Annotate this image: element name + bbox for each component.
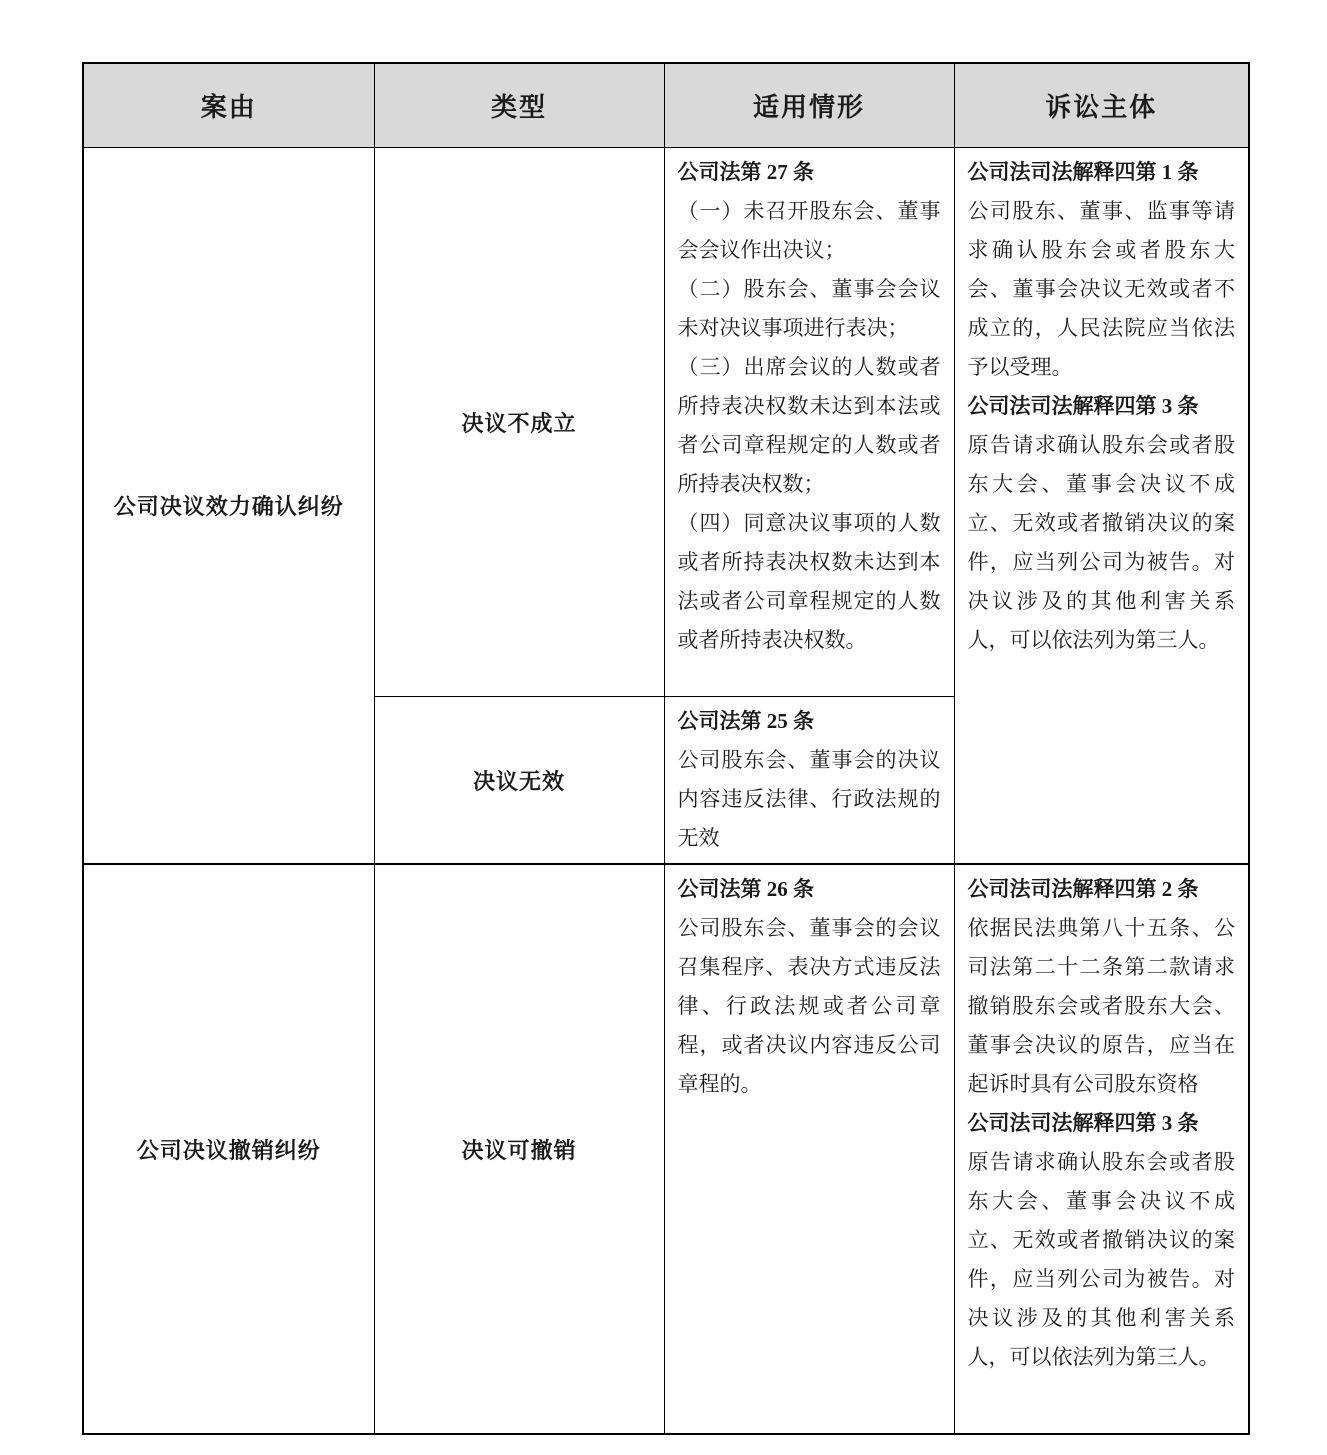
cell-cause-revocation-dispute: 公司决议撤销纠纷 [83, 864, 374, 1434]
statute-body: 公司股东会、董事会的会议召集程序、表决方式违反法律、行政法规或者公司章程，或者决… [678, 909, 941, 1104]
statute-heading: 公司法司法解释四第 1 条 [968, 153, 1236, 192]
table-row: 公司决议撤销纠纷 决议可撤销 公司法第 26 条 公司股东会、董事会的会议召集程… [83, 864, 1249, 1434]
cell-subject-judicial-interpretation-2-3: 公司法司法解释四第 2 条 依据民法典第八十五条、公司法第二十二条第二款请求撤销… [954, 864, 1249, 1434]
cell-type-resolution-invalid: 决议无效 [374, 697, 664, 865]
header-row: 案由 类型 适用情形 诉讼主体 [83, 63, 1249, 148]
header-cell-applicable-situation: 适用情形 [664, 63, 954, 148]
legal-reference-table: 案由 类型 适用情形 诉讼主体 公司决议效力确认纠纷 决议不成立 公司法第 27… [82, 62, 1250, 1435]
statute-body: 公司股东、董事、监事等请求确认股东会或者股东大会、董事会决议无效或者不成立的，人… [968, 192, 1236, 387]
cell-situation-company-law-article-25: 公司法第 25 条 公司股东会、董事会的决议内容违反法律、行政法规的无效 [664, 697, 954, 865]
table-row: 公司决议效力确认纠纷 决议不成立 公司法第 27 条 （一）未召开股东会、董事会… [83, 148, 1249, 697]
statute-body: 原告请求确认股东会或者股东大会、董事会决议不成立、无效或者撤销决议的案件，应当列… [968, 1143, 1236, 1377]
statute-body: 公司股东会、董事会的决议内容违反法律、行政法规的无效 [678, 741, 941, 858]
document-page: 案由 类型 适用情形 诉讼主体 公司决议效力确认纠纷 决议不成立 公司法第 27… [0, 0, 1327, 1455]
statute-heading: 公司法第 27 条 [678, 153, 941, 192]
statute-heading: 公司法司法解释四第 2 条 [968, 870, 1236, 909]
statute-body: 依据民法典第八十五条、公司法第二十二条第二款请求撤销股东会或者股东大会、董事会决… [968, 909, 1236, 1104]
header-cell-cause-of-action: 案由 [83, 63, 374, 148]
cell-subject-judicial-interpretation-1-3: 公司法司法解释四第 1 条 公司股东、董事、监事等请求确认股东会或者股东大会、董… [954, 148, 1249, 865]
statute-heading: 公司法司法解释四第 3 条 [968, 1104, 1236, 1143]
statute-body: （一）未召开股东会、董事会会议作出决议； [678, 192, 941, 270]
statute-body: （四）同意决议事项的人数或者所持表决权数未达到本法或者公司章程规定的人数或者所持… [678, 504, 941, 660]
statute-body: （二）股东会、董事会会议未对决议事项进行表决； [678, 270, 941, 348]
cell-situation-company-law-article-26: 公司法第 26 条 公司股东会、董事会的会议召集程序、表决方式违反法律、行政法规… [664, 864, 954, 1434]
statute-body: 原告请求确认股东会或者股东大会、董事会决议不成立、无效或者撤销决议的案件，应当列… [968, 426, 1236, 660]
cell-type-resolution-revocable: 决议可撤销 [374, 864, 664, 1434]
header-cell-litigation-subject: 诉讼主体 [954, 63, 1249, 148]
cell-type-resolution-not-formed: 决议不成立 [374, 148, 664, 697]
header-cell-type: 类型 [374, 63, 664, 148]
statute-heading: 公司法司法解释四第 3 条 [968, 387, 1236, 426]
statute-heading: 公司法第 26 条 [678, 870, 941, 909]
cell-situation-company-law-article-27: 公司法第 27 条 （一）未召开股东会、董事会会议作出决议； （二）股东会、董事… [664, 148, 954, 697]
cell-cause-effect-confirmation-dispute: 公司决议效力确认纠纷 [83, 148, 374, 865]
statute-heading: 公司法第 25 条 [678, 702, 941, 741]
statute-body: （三）出席会议的人数或者所持表决权数未达到本法或者公司章程规定的人数或者所持表决… [678, 348, 941, 504]
